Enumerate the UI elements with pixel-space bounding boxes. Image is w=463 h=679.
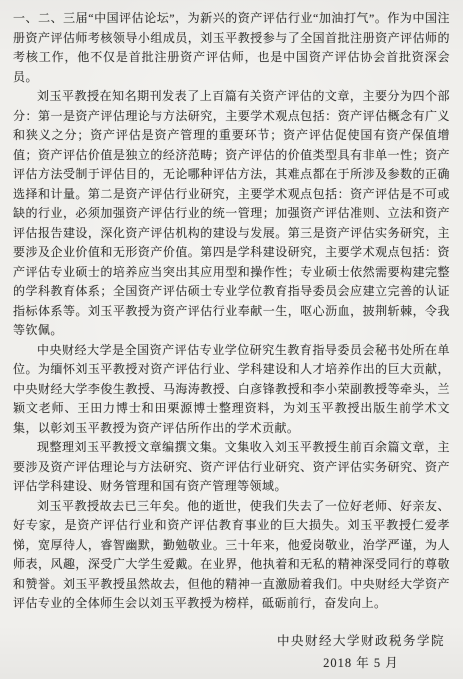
signature-date: 2018 年 5 月 — [277, 652, 445, 674]
document-body: 一、二、三届“中国评估论坛”，为新兴的资产评估行业“加油打气”。作为中国注册资产… — [13, 9, 450, 614]
paragraph-memorial-tribute: 刘玉平教授故去已三年矣。他的逝世，使我们失去了一位好老师、好亲友、好专家，是资产… — [13, 497, 450, 614]
document-page: 一、二、三届“中国评估论坛”，为新兴的资产评估行业“加油打气”。作为中国注册资产… — [0, 0, 463, 679]
signature-organization: 中央财经大学财政税务学院 — [277, 630, 445, 652]
signature-block: 中央财经大学财政税务学院 2018 年 5 月 — [277, 630, 445, 674]
signature-area: 中央财经大学财政税务学院 2018 年 5 月 — [13, 630, 450, 674]
paragraph-anthology-contents: 现整理刘玉平教授文章编撰文集。文集收入刘玉平教授生前百余篇文章，主要涉及资产评估… — [13, 438, 450, 497]
paragraph-cufe-commemoration: 中央财经大学是全国资产评估专业学位研究生教育指导委员会秘书处所在单位。为缅怀刘玉… — [13, 341, 450, 439]
paragraph-academic-articles: 刘玉平教授在知名期刊发表了上百篇有关资产评估的文章，主要分为四个部分：第一是资产… — [13, 87, 450, 341]
paragraph-forum-continuation: 一、二、三届“中国评估论坛”，为新兴的资产评估行业“加油打气”。作为中国注册资产… — [13, 9, 450, 87]
